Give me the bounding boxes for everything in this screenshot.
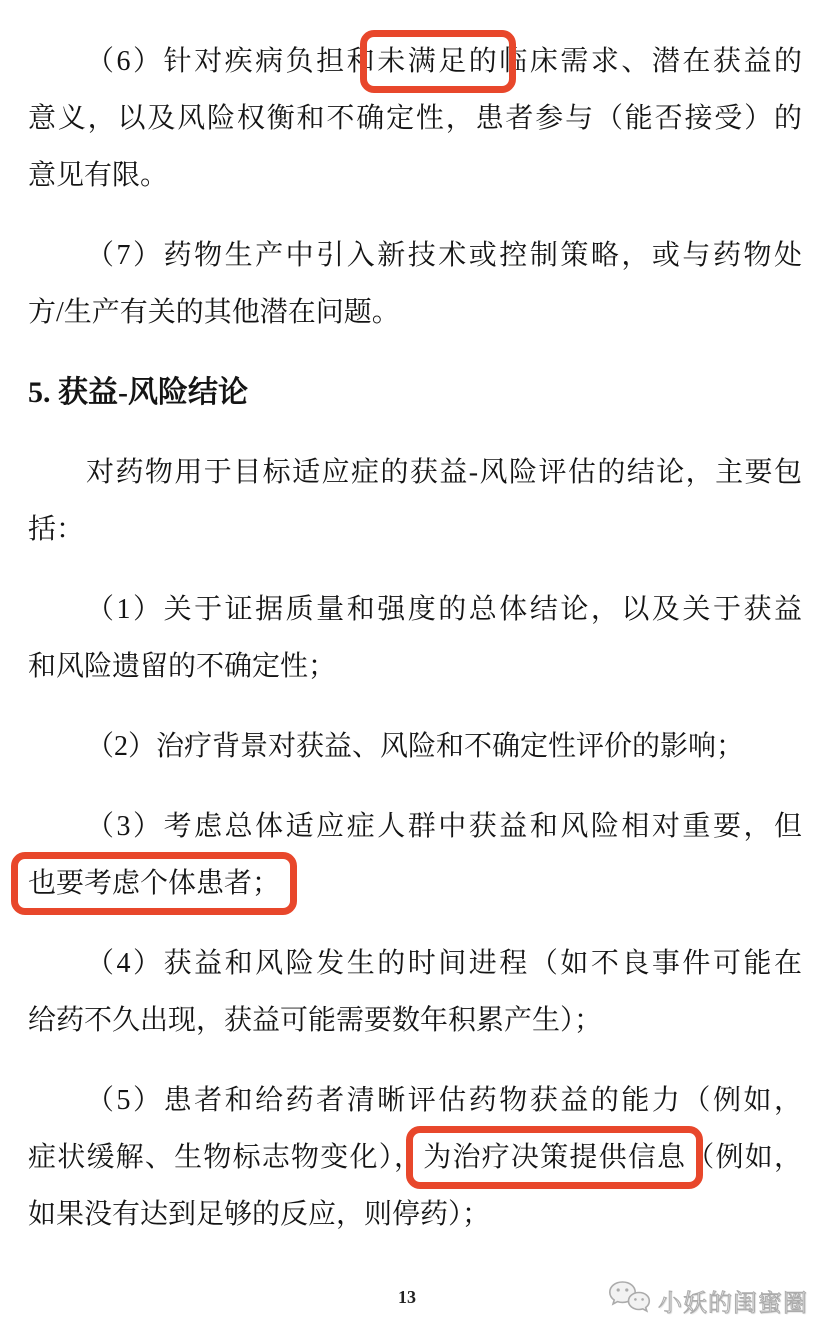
text-line: 方/生产有关的其他潜在问题。 (28, 284, 802, 341)
text-segment: 给药不久出现，获益可能需要数年积累产生）； (28, 1005, 602, 1036)
text-segment: （3）考虑总体适应症人群中获益和风险相对重要，但 (86, 811, 802, 842)
text-line: 如果没有达到足够的反应，则停药）； (28, 1186, 802, 1243)
text-segment: 意见有限。 (28, 160, 168, 191)
highlight-box: 也要考虑个体患者； (11, 852, 297, 915)
paragraph: （6）针对疾病负担和未满足的临床需求、潜在获益的意义，以及风险权衡和不确定性，患… (28, 33, 802, 204)
text-segment: （2）治疗背景对获益、风险和不确定性评价的影响； (86, 731, 744, 762)
text-line: （1）关于证据质量和强度的总体结论，以及关于获益 (28, 581, 802, 638)
page: { "page": { "background": "#ffffff", "te… (0, 0, 814, 1336)
text-line: （6）针对疾病负担和未满足的临床需求、潜在获益的 (28, 33, 802, 90)
text-line: （2）治疗背景对获益、风险和不确定性评价的影响； (28, 718, 802, 775)
wechat-logo-icon (608, 1279, 652, 1322)
text-line: （5）患者和给药者清晰评估药物获益的能力（例如， (28, 1072, 802, 1129)
text-line: （7）药物生产中引入新技术或控制策略，或与药物处 (28, 227, 802, 284)
paragraph: （7）药物生产中引入新技术或控制策略，或与药物处方/生产有关的其他潜在问题。 (28, 227, 802, 341)
watermark: 小妖的闺蜜圈 (608, 1279, 808, 1322)
text-segment: 5. 获益-风险结论 (28, 376, 248, 409)
text-line: （3）考虑总体适应症人群中获益和风险相对重要，但 (28, 798, 802, 855)
text-line: 5. 获益-风险结论 (28, 364, 802, 421)
paragraph: （3）考虑总体适应症人群中获益和风险相对重要，但也要考虑个体患者； (28, 798, 802, 912)
text-line: 括： (28, 501, 802, 558)
text-segment: 临床需求、潜在获益的 (499, 46, 802, 77)
text-segment: 方/生产有关的其他潜在问题。 (28, 297, 400, 328)
section-heading: 5. 获益-风险结论 (28, 364, 802, 421)
text-segment: （1）关于证据质量和强度的总体结论，以及关于获益 (86, 594, 802, 625)
text-line: 也要考虑个体患者； (28, 855, 802, 912)
text-segment: （例如， (686, 1142, 802, 1173)
text-segment: 括： (28, 514, 84, 545)
text-segment: 和风险遗留的不确定性； (28, 651, 336, 682)
highlight-box: 未满足的 (360, 30, 516, 93)
text-line: 症状缓解、生物标志物变化），为治疗决策提供信息（例如， (28, 1129, 802, 1186)
text-segment: （6）针对疾病负担和 (86, 46, 377, 77)
paragraph: （5）患者和给药者清晰评估药物获益的能力（例如，症状缓解、生物标志物变化），为治… (28, 1072, 802, 1243)
paragraph: （4）获益和风险发生的时间进程（如不良事件可能在给药不久出现，获益可能需要数年积… (28, 935, 802, 1049)
text-line: 给药不久出现，获益可能需要数年积累产生）； (28, 992, 802, 1049)
text-segment: （4）获益和风险发生的时间进程（如不良事件可能在 (86, 948, 802, 979)
text-segment: （5）患者和给药者清晰评估药物获益的能力（例如， (86, 1085, 802, 1116)
watermark-text: 小妖的闺蜜圈 (658, 1283, 808, 1318)
text-segment: 对药物用于目标适应症的获益-风险评估的结论，主要包 (86, 457, 802, 488)
text-segment: 意义，以及风险权衡和不确定性，患者参与（能否接受）的 (28, 103, 802, 134)
text-segment: 症状缓解、生物标志物变化）， (28, 1142, 423, 1173)
highlight-box: 为治疗决策提供信息 (406, 1126, 703, 1189)
text-line: 意见有限。 (28, 147, 802, 204)
text-line: （4）获益和风险发生的时间进程（如不良事件可能在 (28, 935, 802, 992)
text-line: 和风险遗留的不确定性； (28, 638, 802, 695)
text-line: 对药物用于目标适应症的获益-风险评估的结论，主要包 (28, 444, 802, 501)
paragraph: （2）治疗背景对获益、风险和不确定性评价的影响； (28, 718, 802, 775)
paragraph: （1）关于证据质量和强度的总体结论，以及关于获益和风险遗留的不确定性； (28, 581, 802, 695)
text-segment: 如果没有达到足够的反应，则停药）； (28, 1199, 490, 1230)
paragraph: 对药物用于目标适应症的获益-风险评估的结论，主要包括： (28, 444, 802, 558)
document-body: （6）针对疾病负担和未满足的临床需求、潜在获益的意义，以及风险权衡和不确定性，患… (0, 0, 814, 1336)
text-line: 意义，以及风险权衡和不确定性，患者参与（能否接受）的 (28, 90, 802, 147)
text-segment: （7）药物生产中引入新技术或控制策略，或与药物处 (86, 240, 802, 271)
